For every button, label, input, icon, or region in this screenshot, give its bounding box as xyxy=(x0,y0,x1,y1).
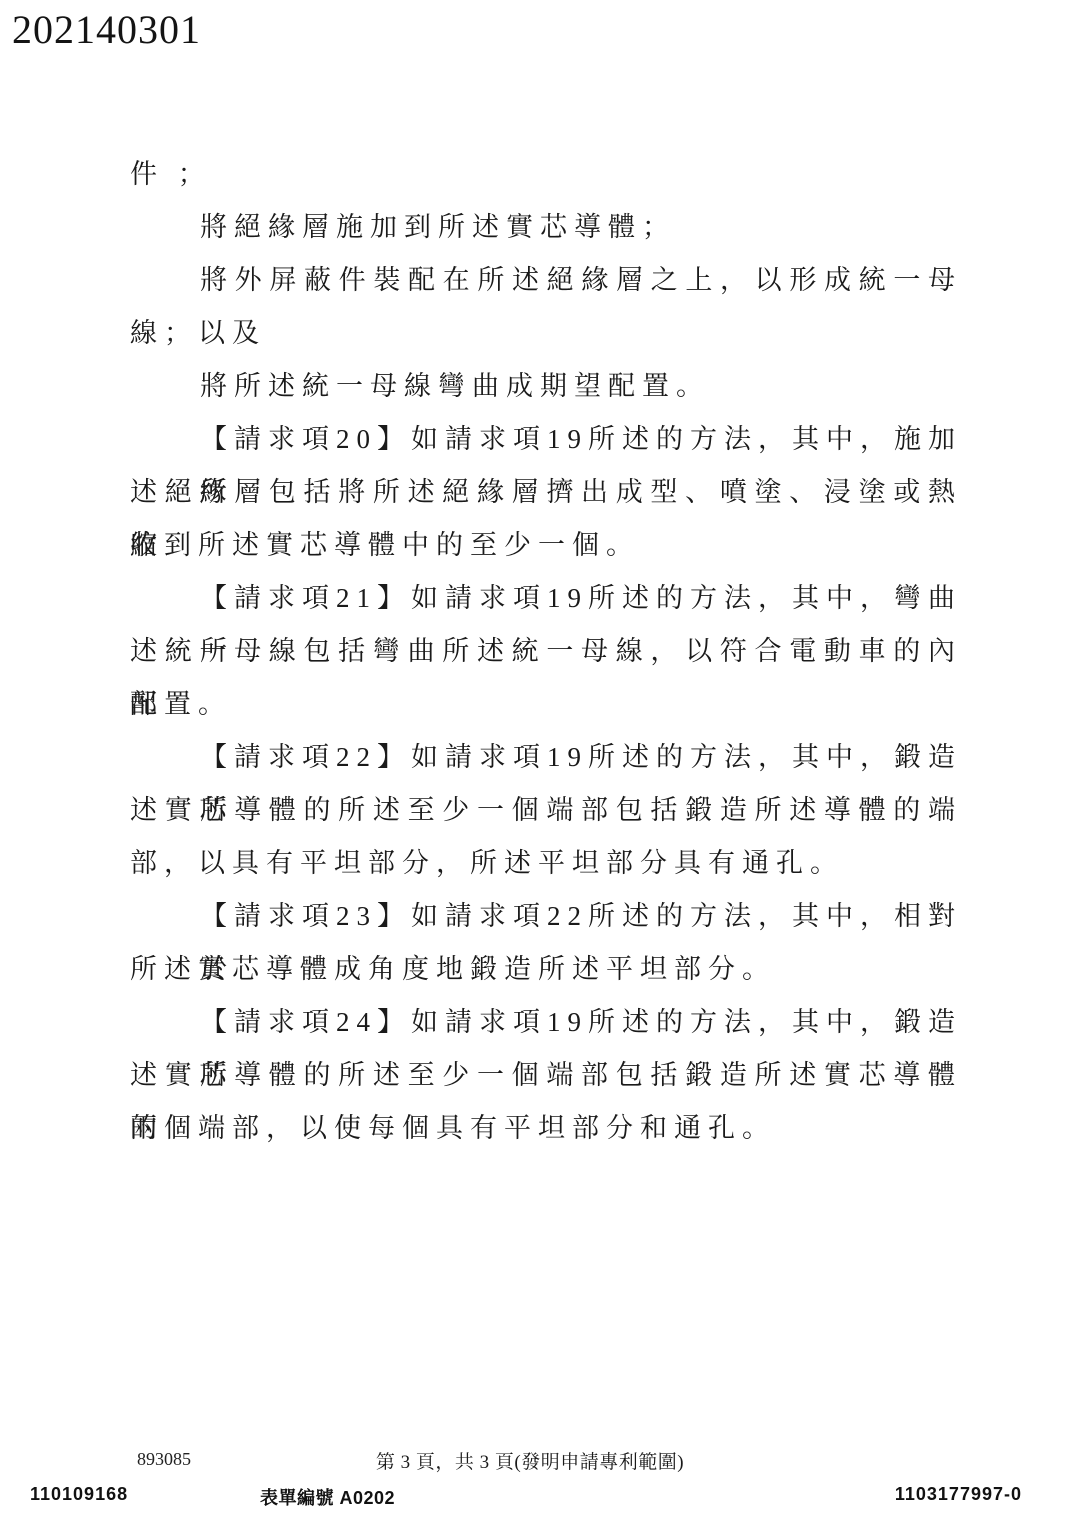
text-line: 部，以具有平坦部分，所述平坦部分具有通孔。 xyxy=(130,837,962,890)
text-line: 述實芯導體的所述至少一個端部包括鍛造所述實芯導體的 xyxy=(130,1049,962,1102)
text-line-claim-20: 【請求項20】如請求項19所述的方法，其中，施加所 xyxy=(130,413,962,466)
text-line: 將絕緣層施加到所述實芯導體； xyxy=(130,201,962,254)
footer-page-info: 第 3 頁，共 3 頁(發明申請專利範圍) xyxy=(0,1447,1060,1474)
text-line: 縮到所述實芯導體中的至少一個。 xyxy=(130,519,962,572)
text-line: 線；以及 xyxy=(130,307,962,360)
text-line-claim-21: 【請求項21】如請求項19所述的方法，其中，彎曲所 xyxy=(130,572,962,625)
text-line: 兩個端部，以使每個具有平坦部分和通孔。 xyxy=(130,1102,962,1155)
text-line: 配置。 xyxy=(130,678,962,731)
text-line: 將所述統一母線彎曲成期望配置。 xyxy=(130,360,962,413)
footer-bottom-row: 110109168 表單編號 A0202 1103177997-0 xyxy=(0,1484,1080,1510)
publication-number: 202140301 xyxy=(12,6,201,53)
claims-text-block: 件 ； 將絕緣層施加到所述實芯導體； 將外屏蔽件裝配在所述絕緣層之上，以形成統一… xyxy=(130,148,962,1155)
text-line: 述統一母線包括彎曲所述統一母線，以符合電動車的內部 xyxy=(130,625,962,678)
document-number: 1103177997-0 xyxy=(895,1484,1022,1505)
application-number: 110109168 xyxy=(30,1484,128,1505)
text-line: 述實芯導體的所述至少一個端部包括鍛造所述導體的端 xyxy=(130,784,962,837)
text-line: 件 ； xyxy=(130,148,962,201)
text-line: 將外屏蔽件裝配在所述絕緣層之上，以形成統一母 xyxy=(130,254,962,307)
text-line: 述絕緣層包括將所述絕緣層擠出成型、噴塗、浸塗或熱收 xyxy=(130,466,962,519)
text-line-claim-22: 【請求項22】如請求項19所述的方法，其中，鍛造所 xyxy=(130,731,962,784)
patent-document-page: 202140301 件 ； 將絕緣層施加到所述實芯導體； 將外屏蔽件裝配在所述絕… xyxy=(0,0,1080,1526)
text-line: 所述實芯導體成角度地鍛造所述平坦部分。 xyxy=(130,943,962,996)
form-number: 表單編號 A0202 xyxy=(260,1484,395,1510)
text-line-claim-24: 【請求項24】如請求項19所述的方法，其中，鍛造所 xyxy=(130,996,962,1049)
text-line-claim-23: 【請求項23】如請求項22所述的方法，其中，相對於 xyxy=(130,890,962,943)
